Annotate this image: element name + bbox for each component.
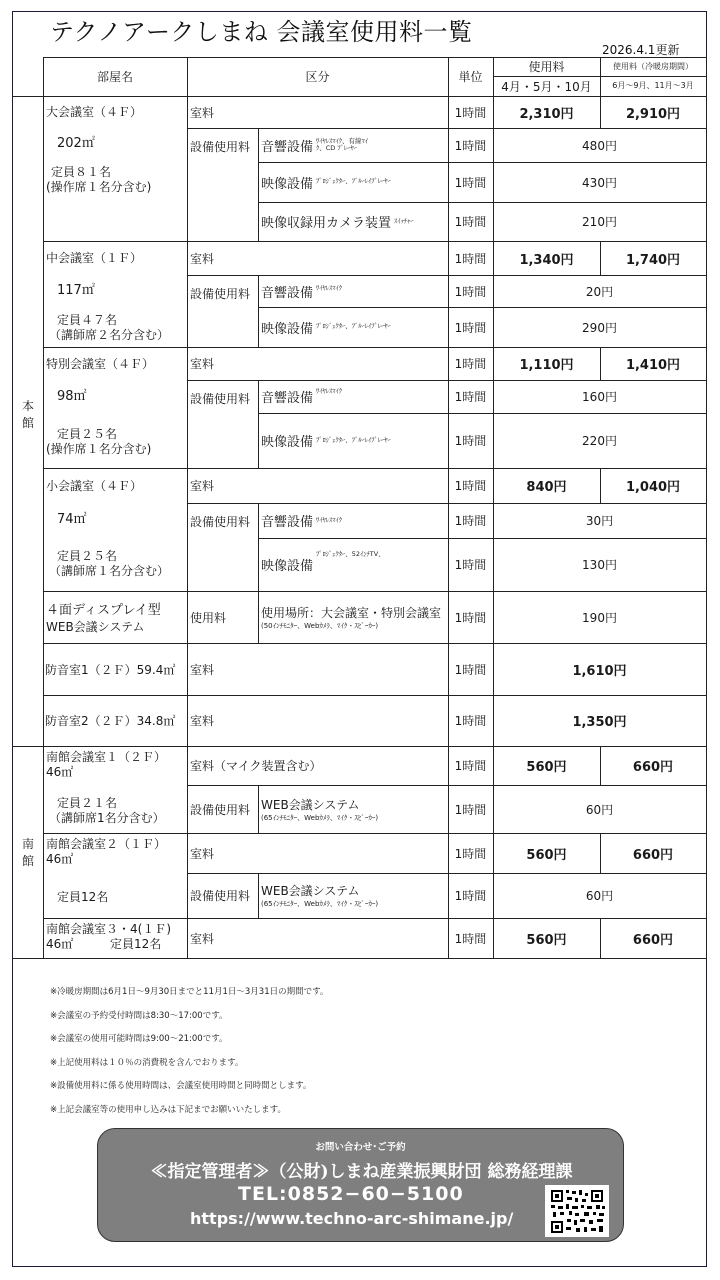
qr-code-icon[interactable] [545,1185,609,1237]
note-item: ※冷暖房期間は6月1日～9月30日までと11月1日～3月31日の期間です。 [50,985,328,1009]
room-small: 小会議室（４Ｆ） 74㎡ 定員２５名 （講師席１名分含む） [43,468,188,592]
equipment-label: 設備使用料 [187,128,259,242]
equipment-item: 音響設備ﾜｲﾔﾚｽﾏｲｸ、有線ﾏｲｸ、CD ﾌﾟﾚｰﾔｰ [258,128,449,163]
room-medium: 中会議室（１Ｆ） 117㎡ 定員４７名 （講師席２名分含む） [43,241,188,348]
equipment-item: 映像設備ﾌﾟﾛｼﾞｪｸﾀｰ、52ｲﾝﾁTV、 [258,538,449,592]
equipment-item: 映像設備ﾌﾟﾛｼﾞｪｸﾀｰ、ﾌﾞﾙｰﾚｲﾌﾟﾚｰﾔｰ [258,162,449,203]
contact-box: お問い合わせ･ご予約 ≪指定管理者≫（公財)しまね産業振興財団 総務経理課 TE… [97,1128,624,1242]
room-fee-label: 室料 [187,96,449,129]
note-item: ※上記使用料は１０％の消費税を含んでおります。 [50,1056,328,1080]
page-title: テクノアークしまね 会議室使用料一覧 [50,12,472,47]
section-main-label: 本館 [20,398,36,432]
note-item: ※会議室の使用可能時間は9:00～21:00です。 [50,1032,328,1056]
header-fee-hvac-period: 6月～9月、11月～3月 [600,76,707,97]
updated-date: 2026.4.1更新 [602,41,679,58]
room-soundproof-2: 防音室2（２Ｆ）34.8㎡ [43,695,188,747]
header-room: 部屋名 [43,57,188,97]
room-special: 特別会議室（４Ｆ） 98㎡ 定員２５名 (操作席１名分含む) [43,347,188,469]
equipment-item: 音響設備ﾜｲﾔﾚｽﾏｲｸ [258,380,449,414]
contact-url[interactable]: https://www.techno-arc-shimane.jp/ [190,1209,513,1228]
equipment-item: 使用場所：大会議室・特別会議室 (50ｲﾝﾁﾓﾆﾀｰ、Webｶﾒﾗ、ﾏｲｸ・ｽﾋ… [258,591,449,644]
room-large: 大会議室（４Ｆ） 202㎡ 定員８１名 (操作席１名分含む) [43,96,188,242]
section-south-label: 南館 [20,836,36,870]
note-item: ※上記会議室等の使用申し込みは下記までお願いいたします。 [50,1103,328,1127]
room-web-system: ４面ディスプレイ型 WEB会議システム [43,591,188,644]
contact-organization: ≪指定管理者≫（公財)しまね産業振興財団 総務経理課 [98,1157,625,1182]
fee-hvac-value: 2,910円 [600,96,707,129]
header-fee-period: 4月・5月・10月 [493,76,601,97]
note-item: ※設備使用料に係る使用時間は、会議室使用時間と同時間とします。 [50,1079,328,1103]
equipment-item: 映像収録用カメラ装置ｽｲｯﾁｬｰ [258,202,449,242]
room-south-3-4: 南館会議室３・4(１Ｆ) 46㎡ 定員12名 [43,918,188,959]
equipment-item: WEB会議システム (65ｲﾝﾁﾓﾆﾀｰ、Webｶﾒﾗ、ﾏｲｸ・ｽﾋﾟｰｶｰ) [258,873,449,919]
equipment-item: 音響設備ﾜｲﾔﾚｽﾏｲｸ [258,275,449,308]
header-fee: 使用料 [493,57,601,77]
header-fee-hvac: 使用料（冷暖房期間） [600,57,707,77]
header-unit: 単位 [448,57,494,97]
room-soundproof-1: 防音室1（２Ｆ）59.4㎡ [43,643,188,696]
equipment-item: 映像設備ﾌﾟﾛｼﾞｪｸﾀｰ、ﾌﾞﾙｰﾚｲﾌﾟﾚｰﾔｰ [258,307,449,348]
room-south-2: 南館会議室２（１Ｆ） 46㎡ 定員12名 [43,833,188,919]
notes-list: ※冷暖房期間は6月1日～9月30日までと11月1日～3月31日の期間です。 ※会… [50,985,328,1126]
fee-value: 2,310円 [493,96,601,129]
header-category: 区分 [187,57,449,97]
equipment-item: 映像設備ﾌﾟﾛｼﾞｪｸﾀｰ、ﾌﾞﾙｰﾚｲﾌﾟﾚｰﾔｰ [258,413,449,469]
note-item: ※会議室の予約受付時間は8:30～17:00です。 [50,1009,328,1033]
equipment-item: WEB会議システム (65ｲﾝﾁﾓﾆﾀｰ、Webｶﾒﾗ、ﾏｲｸ・ｽﾋﾟｰｶｰ) [258,785,449,834]
equipment-item: 音響設備ﾜｲﾔﾚｽﾏｲｸ [258,503,449,539]
contact-tel[interactable]: TEL:0852−60−5100 [238,1183,464,1205]
room-south-1: 南館会議室１（２Ｆ） 46㎡ 定員２１名 （講師席1名分含む） [43,746,188,834]
contact-heading: お問い合わせ･ご予約 [98,1139,623,1153]
